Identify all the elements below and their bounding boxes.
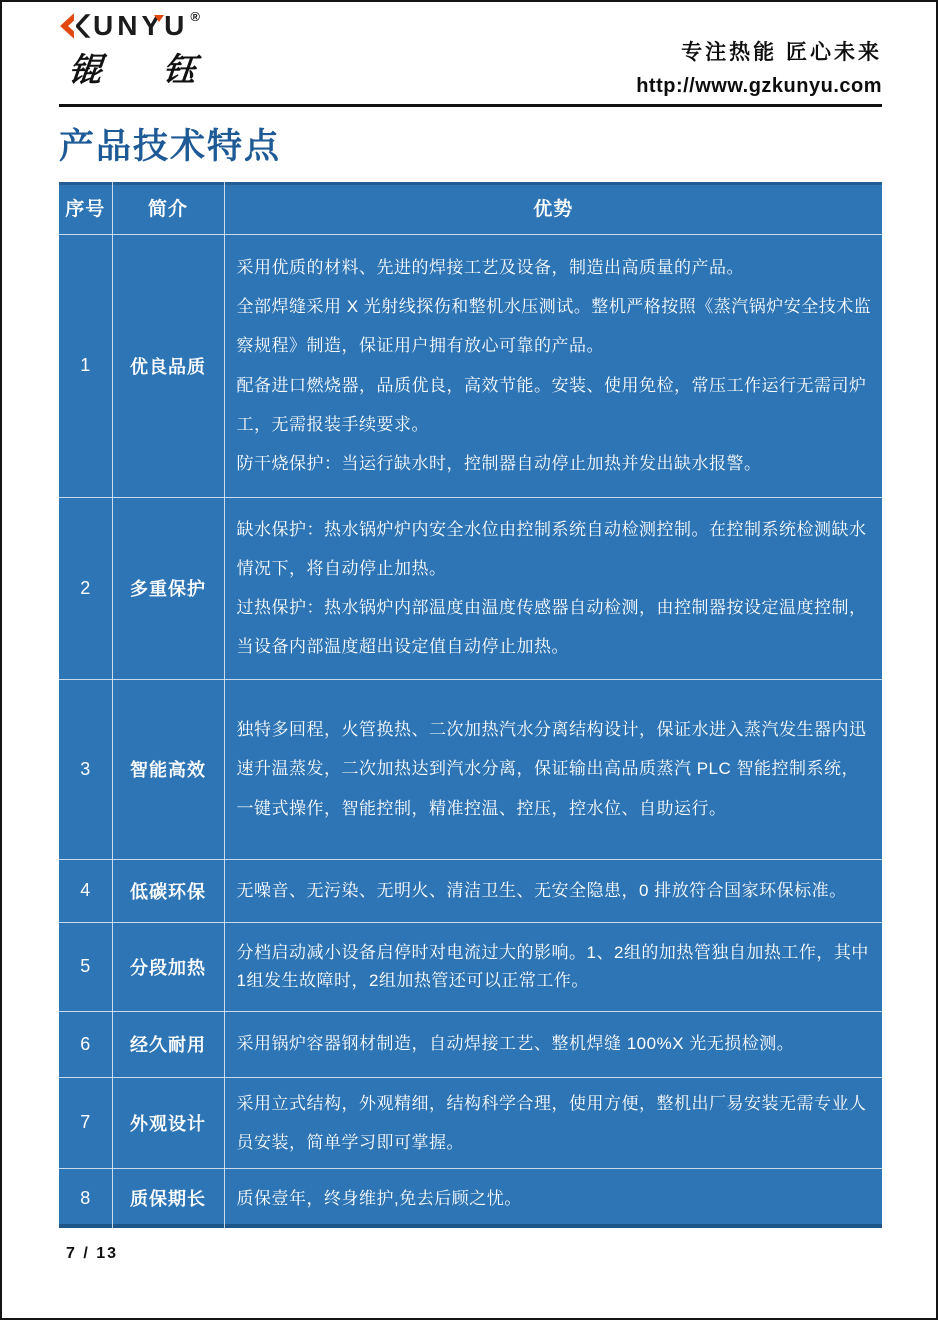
row-brief-cell: 外观设计 — [112, 1077, 224, 1168]
row-number-cell: 2 — [59, 497, 112, 679]
row-brief-cell: 分段加热 — [112, 922, 224, 1011]
page-number-indicator: 7 / 13 — [59, 1245, 882, 1263]
advantage-paragraph: 全部焊缝采用 X 光射线探伤和整机水压测试。整机严格按照《蒸汽锅炉安全技术监察规… — [237, 287, 873, 365]
advantage-paragraph: 独特多回程，火管换热、二次加热汽水分离结构设计，保证水进入蒸汽发生器内迅速升温蒸… — [237, 710, 873, 827]
advantage-paragraph: 无噪音、无污染、无明火、清洁卫生、无安全隐患，0 排放符合国家环保标准。 — [237, 871, 873, 910]
row-advantage-cell: 采用锅炉容器钢材制造，自动焊接工艺、整机焊缝 100%X 光无损检测。 — [224, 1011, 882, 1077]
logo-k-chevron-icon — [59, 12, 91, 40]
logo-chinese-name: 锟 钰 — [67, 44, 225, 91]
row-number-cell: 7 — [59, 1077, 112, 1168]
advantage-paragraph: 缺水保护：热水锅炉炉内安全水位由控制系统自动检测控制。在控制系统检测缺水情况下，… — [237, 510, 873, 588]
advantage-paragraph: 质保壹年，终身维护,免去后顾之忧。 — [237, 1179, 873, 1218]
company-slogan: 专注热能 匠心未来 — [636, 36, 882, 66]
table-row: 6经久耐用采用锅炉容器钢材制造，自动焊接工艺、整机焊缝 100%X 光无损检测。 — [59, 1011, 882, 1077]
advantage-paragraph: 采用优质的材料、先进的焊接工艺及设备，制造出高质量的产品。 — [237, 248, 873, 287]
row-number-cell: 5 — [59, 922, 112, 1011]
row-number-cell: 1 — [59, 234, 112, 497]
header-cell-number: 序号 — [59, 182, 112, 234]
row-advantage-cell: 缺水保护：热水锅炉炉内安全水位由控制系统自动检测控制。在控制系统检测缺水情况下，… — [224, 497, 882, 679]
row-number-cell: 4 — [59, 859, 112, 922]
page-title: 产品技术特点 — [59, 119, 882, 169]
advantage-paragraph: 防干烧保护：当运行缺水时，控制器自动停止加热并发出缺水报警。 — [237, 444, 873, 483]
kunyu-logo: UNYU ® 锟 钰 — [59, 10, 222, 91]
row-advantage-cell: 质保壹年，终身维护,免去后顾之忧。 — [224, 1168, 882, 1228]
logo-wordmark: UNYU — [93, 12, 188, 40]
row-number-cell: 8 — [59, 1168, 112, 1228]
row-brief-cell: 智能高效 — [112, 679, 224, 859]
table-row: 4低碳环保无噪音、无污染、无明火、清洁卫生、无安全隐患，0 排放符合国家环保标准… — [59, 859, 882, 922]
logo-y-accent — [154, 15, 164, 22]
features-table-wrap: 序号 简介 优势 1优良品质采用优质的材料、先进的焊接工艺及设备，制造出高质量的… — [59, 182, 882, 1228]
header-right-block: 专注热能 匠心未来 http://www.gzkunyu.com — [636, 10, 882, 98]
advantage-paragraph: 采用锅炉容器钢材制造，自动焊接工艺、整机焊缝 100%X 光无损检测。 — [237, 1024, 873, 1063]
row-number-cell: 6 — [59, 1011, 112, 1077]
row-advantage-cell: 分档启动减小设备启停时对电流过大的影响。1、2组的加热管独自加热工作，其中1组发… — [224, 922, 882, 1011]
table-row: 3智能高效独特多回程，火管换热、二次加热汽水分离结构设计，保证水进入蒸汽发生器内… — [59, 679, 882, 859]
page-header: UNYU ® 锟 钰 专注热能 匠心未来 http://www.gzkunyu.… — [59, 10, 882, 98]
advantage-paragraph: 过热保护：热水锅炉内部温度由温度传感器自动检测，由控制器按设定温度控制，当设备内… — [237, 588, 873, 666]
row-advantage-cell: 采用优质的材料、先进的焊接工艺及设备，制造出高质量的产品。全部焊缝采用 X 光射… — [224, 234, 882, 497]
row-brief-cell: 经久耐用 — [112, 1011, 224, 1077]
table-header-row: 序号 简介 优势 — [59, 182, 882, 234]
table-row: 2多重保护缺水保护：热水锅炉炉内安全水位由控制系统自动检测控制。在控制系统检测缺… — [59, 497, 882, 679]
features-table: 序号 简介 优势 1优良品质采用优质的材料、先进的焊接工艺及设备，制造出高质量的… — [59, 182, 882, 1228]
table-row: 1优良品质采用优质的材料、先进的焊接工艺及设备，制造出高质量的产品。全部焊缝采用… — [59, 234, 882, 497]
advantage-paragraph: 配备进口燃烧器，品质优良，高效节能。安装、使用免检，常压工作运行无需司炉工，无需… — [237, 366, 873, 444]
row-brief-cell: 质保期长 — [112, 1168, 224, 1228]
advantage-paragraph: 分档启动减小设备启停时对电流过大的影响。1、2组的加热管独自加热工作，其中1组发… — [237, 939, 873, 993]
document-page: UNYU ® 锟 钰 专注热能 匠心未来 http://www.gzkunyu.… — [0, 0, 938, 1320]
row-advantage-cell: 独特多回程，火管换热、二次加热汽水分离结构设计，保证水进入蒸汽发生器内迅速升温蒸… — [224, 679, 882, 859]
row-advantage-cell: 采用立式结构，外观精细，结构科学合理，使用方便，整机出厂易安装无需专业人员安装，… — [224, 1077, 882, 1168]
registered-trademark-mark: ® — [190, 9, 200, 24]
advantage-paragraph: 采用立式结构，外观精细，结构科学合理，使用方便，整机出厂易安装无需专业人员安装，… — [237, 1084, 873, 1162]
table-row: 8质保期长质保壹年，终身维护,免去后顾之忧。 — [59, 1168, 882, 1228]
header-divider — [59, 104, 882, 107]
header-cell-advantage: 优势 — [224, 182, 882, 234]
header-cell-brief: 简介 — [112, 182, 224, 234]
table-row: 5分段加热分档启动减小设备启停时对电流过大的影响。1、2组的加热管独自加热工作，… — [59, 922, 882, 1011]
row-number-cell: 3 — [59, 679, 112, 859]
row-brief-cell: 优良品质 — [112, 234, 224, 497]
row-advantage-cell: 无噪音、无污染、无明火、清洁卫生、无安全隐患，0 排放符合国家环保标准。 — [224, 859, 882, 922]
row-brief-cell: 多重保护 — [112, 497, 224, 679]
row-brief-cell: 低碳环保 — [112, 859, 224, 922]
table-row: 7外观设计采用立式结构，外观精细，结构科学合理，使用方便，整机出厂易安装无需专业… — [59, 1077, 882, 1168]
website-url: http://www.gzkunyu.com — [636, 75, 882, 98]
